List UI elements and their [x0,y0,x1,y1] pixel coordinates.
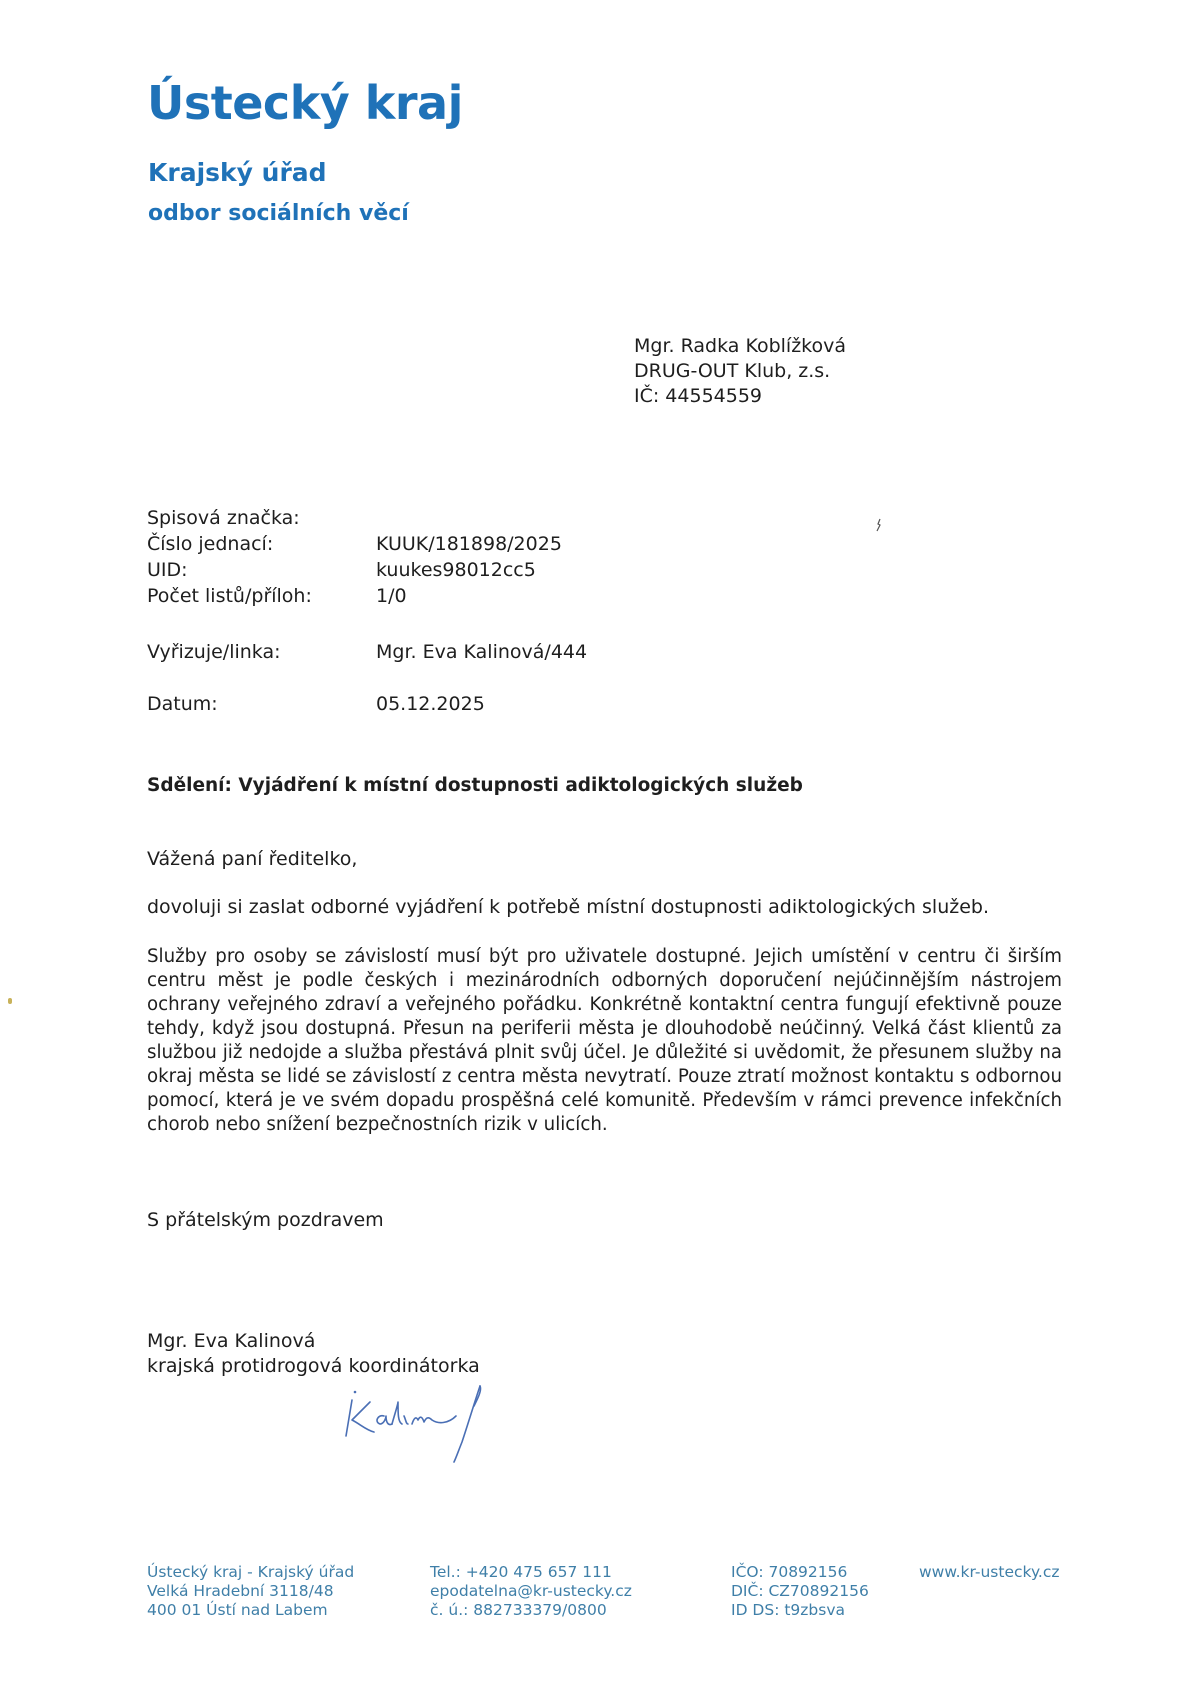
footer-ico: IČO: 70892156 [731,1563,869,1582]
footer-address-line: Velká Hradební 3118/48 [147,1582,354,1601]
letterhead-department: odbor sociálních věcí [148,201,409,226]
signatory-name: Mgr. Eva Kalinová [147,1330,315,1352]
recipient-name: Mgr. Radka Koblížková [634,334,846,359]
margin-mark [8,998,12,1004]
closing-phrase: S přátelským pozdravem [147,1209,384,1231]
footer-ids: IČO: 70892156 DIČ: CZ70892156 ID DS: t9z… [731,1563,869,1620]
meta-label: UID: [147,559,377,581]
letterhead-office: Krajský úřad [148,158,327,187]
letterhead-title: Ústecký kraj [147,76,463,130]
body-paragraph: Služby pro osoby se závislostí musí být … [147,945,1062,1137]
footer-data-box-id: ID DS: t9zbsva [731,1601,869,1620]
meta-label: Vyřizuje/linka: [147,641,377,663]
recipient-organization: DRUG-OUT Klub, z.s. [634,359,846,384]
meta-value: Mgr. Eva Kalinová/444 [376,641,587,663]
footer-email-link[interactable]: epodatelna@kr-ustecky.cz [430,1582,632,1601]
footer-address-line: 400 01 Ústí nad Labem [147,1601,354,1620]
signatory-title: krajská protidrogová koordinátorka [147,1355,480,1377]
footer-web: www.kr-ustecky.cz [919,1563,1060,1582]
scan-speck-mark [876,518,882,532]
footer-phone: Tel.: +420 475 657 111 [430,1563,632,1582]
footer-dic: DIČ: CZ70892156 [731,1582,869,1601]
recipient-ic: IČ: 44554559 [634,384,846,409]
letter-subject: Sdělení: Vyjádření k místní dostupnosti … [147,775,803,796]
meta-label: Spisová značka: [147,507,377,529]
footer-address-line: Ústecký kraj - Krajský úřad [147,1563,354,1582]
footer-bank-account: č. ú.: 882733379/0800 [430,1601,632,1620]
meta-label: Počet listů/příloh: [147,585,377,607]
meta-value: kuukes98012cc5 [376,559,536,581]
meta-label: Číslo jednací: [147,533,377,555]
letter-page: Ústecký kraj Krajský úřad odbor sociální… [0,0,1200,1696]
recipient-address: Mgr. Radka Koblížková DRUG-OUT Klub, z.s… [634,334,846,409]
footer-address: Ústecký kraj - Krajský úřad Velká Hradeb… [147,1563,354,1620]
footer-contact: Tel.: +420 475 657 111 epodatelna@kr-ust… [430,1563,632,1620]
meta-value: 1/0 [376,585,407,607]
meta-value: KUUK/181898/2025 [376,533,562,555]
handwritten-signature [340,1380,510,1465]
intro-sentence: dovoluji si zaslat odborné vyjádření k p… [147,896,989,918]
meta-label: Datum: [147,693,377,715]
meta-value: 05.12.2025 [376,693,485,715]
footer-website-link[interactable]: www.kr-ustecky.cz [919,1563,1060,1582]
salutation: Vážená paní ředitelko, [147,848,357,870]
